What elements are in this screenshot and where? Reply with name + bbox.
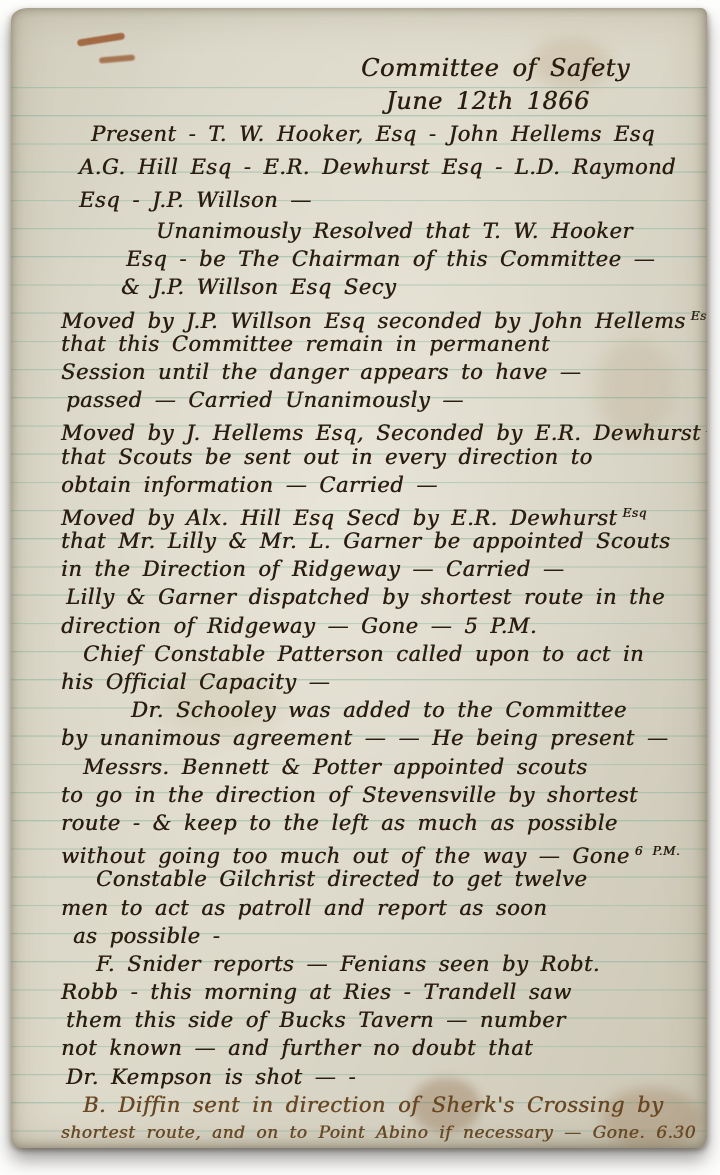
superscript-note: Esq: [706, 421, 707, 435]
manuscript-line: Dr. Schooley was added to the Committee: [61, 696, 701, 724]
manuscript-line: Unanimously Resolved that T. W. Hooker: [61, 217, 701, 245]
manuscript-line: route - & keep to the left as much as po…: [61, 809, 701, 837]
superscript-note: 6 P.M.: [635, 844, 681, 858]
manuscript-line: & J.P. Willson Esq Secy: [61, 273, 701, 301]
document-scan: Committee of SafetyJune 12th 1866Present…: [0, 0, 720, 1175]
manuscript-line: as possible -: [61, 922, 701, 950]
manuscript-line: June 12th 1866: [61, 85, 701, 118]
manuscript-line: Robb - this morning at Ries - Trandell s…: [61, 978, 701, 1006]
manuscript-line: by unanimous agreement — — He being pres…: [61, 724, 701, 752]
manuscript-line: Moved by J. Hellems Esq, Seconded by E.R…: [61, 414, 701, 442]
manuscript-line: that Scouts be sent out in every directi…: [61, 443, 701, 471]
manuscript-line: Constable Gilchrist directed to get twel…: [61, 865, 701, 893]
manuscript-line: Moved by Alx. Hill Esq Secd by E.R. Dewh…: [61, 499, 701, 527]
manuscript-line: Session until the danger appears to have…: [61, 358, 701, 386]
manuscript-line: Committee of Safety: [61, 52, 701, 85]
manuscript-line: Moved by J.P. Willson Esq seconded by Jo…: [61, 302, 701, 330]
manuscript-line: obtain information — Carried —: [61, 471, 701, 499]
manuscript-line: his Official Capacity —: [61, 668, 701, 696]
manuscript-line: Present - T. W. Hooker, Esq - John Helle…: [61, 118, 701, 151]
manuscript-line: to go in the direction of Stevensville b…: [61, 781, 701, 809]
manuscript-line: Lilly & Garner dispatched by shortest ro…: [61, 583, 701, 611]
manuscript-line: that this Committee remain in permanent: [61, 330, 701, 358]
manuscript-line: B. Diffin sent in direction of Sherk's C…: [61, 1091, 701, 1119]
superscript-note: Esq: [622, 506, 646, 520]
manuscript-line: Messrs. Bennett & Potter appointed scout…: [61, 753, 701, 781]
manuscript-page: Committee of SafetyJune 12th 1866Present…: [11, 8, 707, 1148]
superscript-note: Esq: [691, 309, 707, 323]
manuscript-line: Chief Constable Patterson called upon to…: [61, 640, 701, 668]
manuscript-line: not known — and further no doubt that: [61, 1034, 701, 1062]
manuscript-line: Dr. Kempson is shot — -: [61, 1063, 701, 1091]
manuscript-line: passed — Carried Unanimously —: [61, 386, 701, 414]
manuscript-line: Esq - J.P. Willson —: [61, 184, 701, 217]
manuscript-line: Esq - be The Chairman of this Committee …: [61, 245, 701, 273]
manuscript-line: direction of Ridgeway — Gone — 5 P.M.: [61, 612, 701, 640]
manuscript-line: F. Snider reports — Fenians seen by Robt…: [61, 950, 701, 978]
manuscript-line: them this side of Bucks Tavern — number: [61, 1006, 701, 1034]
manuscript-line: A.G. Hill Esq - E.R. Dewhurst Esq - L.D.…: [61, 151, 701, 184]
manuscript-line: that Mr. Lilly & Mr. L. Garner be appoin…: [61, 527, 701, 555]
manuscript-lines: Committee of SafetyJune 12th 1866Present…: [61, 52, 701, 1147]
manuscript-line: without going too much out of the way — …: [61, 837, 701, 865]
rust-stain: [77, 32, 126, 46]
manuscript-line: in the Direction of Ridgeway — Carried —: [61, 555, 701, 583]
manuscript-line: men to act as patroll and report as soon: [61, 894, 701, 922]
manuscript-line: shortest route, and on to Point Abino if…: [61, 1119, 701, 1147]
